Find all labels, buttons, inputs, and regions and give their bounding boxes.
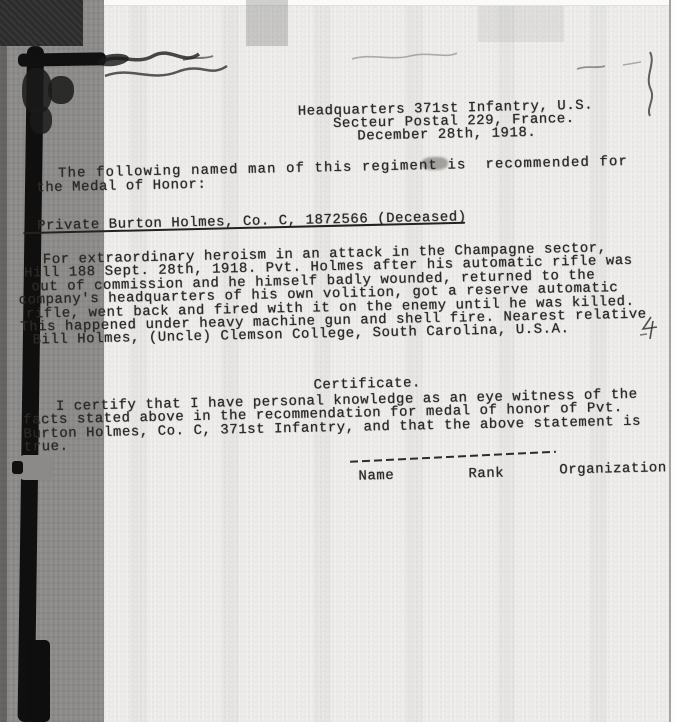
letterhead-date: December 28th, 1918. — [357, 126, 536, 144]
certificate-title: Certificate. — [313, 376, 421, 392]
intro-line: the Medal of Honor: — [36, 178, 206, 196]
certificate-line: true. — [24, 440, 69, 455]
handwritten-margin-mark — [638, 314, 662, 342]
name-label: Name — [358, 469, 394, 484]
page-right-margin — [671, 0, 676, 722]
typewritten-document: Headquarters 371st Infantry, U.S. Secteu… — [0, 0, 676, 722]
signature-dashed-line — [350, 451, 556, 463]
organization-label: Organization — [559, 461, 667, 477]
intro-line: The following named man of this regiment… — [58, 155, 628, 181]
rank-label: Rank — [468, 467, 504, 482]
typewriter-overstrike-smudge — [422, 157, 448, 171]
